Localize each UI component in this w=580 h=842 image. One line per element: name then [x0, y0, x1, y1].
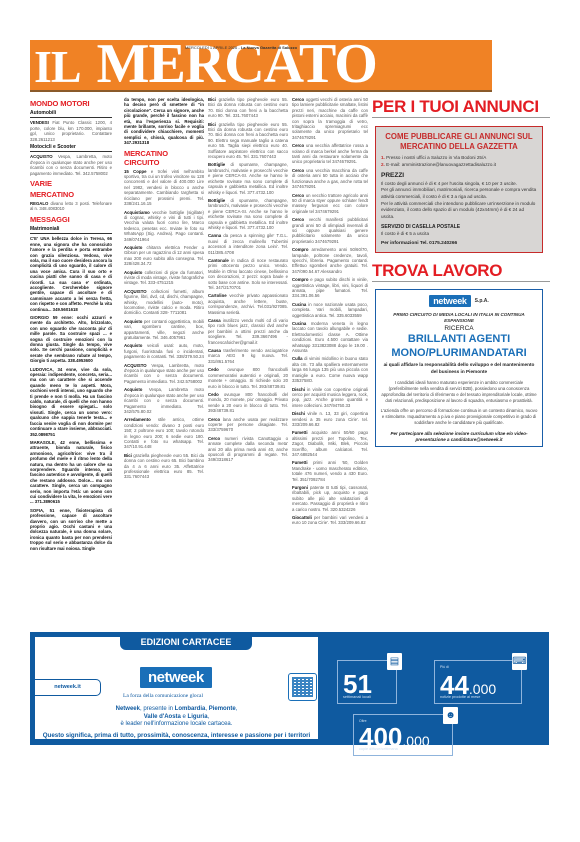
contact-phone: Per informazioni Tel. 0175.240266 [381, 241, 537, 248]
classified-ad: Cerco lana anche usata per realizzare co… [208, 417, 288, 433]
classified-ad: ACQUISTO collezioni fumetti, album figur… [124, 289, 204, 316]
subsection-matrimoniali: Matrimoniali [30, 227, 112, 234]
banner-line-1: Netweek, presente in Lombardia, Piemonte… [35, 706, 318, 714]
classified-ad: REGALO divano letto 3 posti. Telefonare … [30, 201, 112, 212]
casella-price: Il costo è di € 5 a uscita [381, 231, 537, 238]
ad-lead: ACQUISTO [124, 363, 147, 368]
classified-ad: Bottiglie di spumante, champagne, lambru… [208, 162, 288, 194]
classified-ad: MARASOLE, 42 enne, bellissima e attraent… [30, 440, 112, 505]
banner-white-panel: EDIZIONI CARTACEE netweek.it netweek La … [35, 637, 318, 739]
classified-ad: Cassa inutilizzo vendo molti cd di vario… [208, 318, 288, 345]
classified-ad: Bici graziella pieghevole euro 55. Bici … [124, 453, 204, 480]
classified-ad: Cerco oggetti vecchi di osteria anni 50 … [292, 97, 368, 140]
region-text: Liguria [188, 714, 208, 720]
ad-lead: VENDESI [30, 120, 49, 125]
trova-lavoro-heading: TROVA LAVORO [372, 261, 550, 282]
ad-lead: 15 Coppe [124, 169, 147, 174]
how-to-publish-title: COME PUBBLICARE GLI ANNUNCI SUL MERCATIN… [381, 132, 537, 151]
job-offer: L'azienda offre un percorso di formazion… [380, 408, 538, 425]
stat-caption: settimanali locali [343, 695, 371, 699]
ad-lead: Cerco [292, 143, 304, 148]
text-part: e [181, 714, 188, 720]
ad-lead: Dischi [292, 411, 305, 416]
classified-ad: Giocattoli per bambini vari vendesi a eu… [292, 515, 368, 526]
reader-icon: ☻ [443, 707, 458, 724]
ad-lead: Fumetti [292, 460, 308, 465]
classified-ad: Culla di vimini midollino in buono stato… [292, 356, 368, 383]
banner-description: Netweek, presente in Lombardia, Piemonte… [35, 706, 318, 747]
netweek-site-link[interactable]: netweek.it [35, 679, 101, 696]
ad-lead: Cerco [292, 97, 304, 102]
ad-lead: ACQUISTO [124, 289, 147, 294]
ad-lead: Cantonale [208, 258, 229, 263]
job-title-line-1: BRILLANTI AGENTI [380, 333, 538, 346]
ad-lead: MARASOLE, [30, 440, 56, 445]
classified-ad: Bici graziella tipo pieghevole euro 55. … [208, 122, 288, 160]
classified-ad: Acquisto veicoli usati: auto, moto, furg… [124, 343, 204, 359]
ad-lead: Cerco [208, 436, 220, 441]
ad-lead: Acquisto [124, 343, 142, 348]
classified-ad: C'E' UNA bellezza dolce in Teresa, 66 en… [30, 236, 112, 312]
edizioni-cartacee-banner: EDIZIONI CARTACEE netweek.it netweek La … [30, 632, 549, 745]
typewriter-icon: ⌨ [512, 653, 527, 670]
text-part: , [236, 706, 238, 712]
right-column: PER I TUOI ANNUNCI COME PUBBLICARE GLI A… [372, 97, 550, 447]
column-4: Cerco oggetti vecchi di osteria anni 50 … [292, 97, 368, 529]
stat-caption: notizie prodotte al mese [440, 695, 480, 699]
classified-ad: Cerco una vecchia affettatrice rossa a v… [292, 143, 368, 165]
ad-lead: ACQUISTO [30, 154, 53, 159]
edizioni-tab: EDIZIONI CARTACEE [120, 634, 252, 650]
netweek-logo-row: netweek S.p.A. [380, 295, 538, 307]
publish-step: 1. Presso i nostri uffici a Saluzzo in V… [381, 155, 537, 162]
netweek-logo-large: netweek [140, 667, 212, 688]
ad-lead: C'E' [30, 236, 38, 241]
classified-ad: Fumetti acquisto anni 50/60 pago altissi… [292, 430, 368, 457]
classified-ad: Bottiglie di spumante, champagne, lambru… [208, 198, 288, 230]
classified-ad: Bici graziella tipo pieghevole euro 55. … [208, 97, 288, 119]
how-to-publish-box: COME PUBBLICARE GLI ANNUNCI SUL MERCATIN… [375, 126, 543, 253]
job-title-line-2: MONO/PLURIMANDATARI [380, 347, 538, 360]
classified-ad: Acquisto chitarra elettrica Fender o Gib… [124, 245, 204, 267]
classified-ad: Cucina in noce nazionale usata poco, com… [292, 302, 368, 318]
classified-ad: Furgoni patente B tutti tipi, cassonati,… [292, 485, 368, 512]
masthead-il: IL [34, 41, 81, 90]
ad-text: moderna veneta in legno laccato con tavo… [292, 321, 368, 353]
ad-lead: REGALO [30, 201, 48, 206]
stat-copie: Oltre 400.000 copie diffuse/settimana ☻ [353, 714, 453, 756]
classified-ad: Cerco una vecchia macchina da caffe di o… [292, 168, 368, 190]
job-ad-box: netweek S.p.A. PRIMO CIRCUITO DI MEDIA L… [375, 289, 543, 447]
text-part: , [208, 714, 210, 720]
ad-lead: Acquisto [124, 319, 142, 324]
netweek-tagline: La forza della comunicazione glocal [123, 693, 203, 699]
ad-lead: Furgoni [292, 485, 308, 490]
casella-heading: SERVIZIO DI CASELLA POSTALE [381, 224, 537, 231]
ricerca-label: RICERCA [380, 325, 538, 332]
ad-text: ovunque 800 francobolli del mondo, 20 mo… [208, 392, 288, 413]
region-text: Valle d'Aosta [144, 714, 181, 720]
classified-ad: 15 Coppe e trofei vinti nell'ambito spor… [124, 169, 204, 207]
classified-ad: ACQUISTO Vespa, Lambretta, moto d'epoca … [124, 363, 204, 385]
job-apply: Per partecipare alla selezione inviare c… [380, 431, 538, 443]
ad-text: di vimini midollino in buono stato alta … [292, 356, 368, 383]
ad-text: stile antico, ottime condizioni vendo: d… [124, 417, 204, 449]
ad-lead: Bottiglie [208, 198, 225, 203]
circuit-tagline: PRIMO CIRCUITO DI MEDIA LOCALI IN ITALIA… [380, 312, 538, 324]
classified-ad: GIORGIO 59 enne: occhi azzurri e mente d… [30, 315, 112, 364]
classified-ad: Dischi vinile n. 13, 33 giri, copertina … [292, 411, 368, 427]
classified-ad: Fumetti primi anni '60, Golden Mandrake … [292, 460, 368, 482]
ad-lead: Cerco [292, 193, 304, 198]
classified-ad: SOFIA, 51 enne, fisioterapista di profes… [30, 508, 112, 551]
classified-ad: Arredamento stile antico, ottime condizi… [124, 417, 204, 449]
column-3: Bici graziella tipo pieghevole euro 55. … [208, 97, 288, 466]
classified-ad: LUDOVICA, 34 enne, vive da sola, operaia… [30, 367, 112, 437]
ad-lead: Bici [208, 122, 216, 127]
banner-line-3: è leader nell'informazione locale cartac… [35, 721, 318, 729]
classified-ad: Acquisto Vespa, Lambretta moto d'epoca i… [124, 387, 204, 414]
ad-lead: Giocattoli [292, 515, 312, 520]
ad-text: di spumante, champagne, lambruschi, malv… [208, 198, 288, 230]
job-responsibility: ai quali affidare la responsabilità dell… [380, 362, 538, 375]
ad-lead: Culla [292, 356, 303, 361]
classified-ad: Cedo ovunque 800 francobolli del mondo, … [208, 392, 288, 414]
ad-lead: Compro [292, 277, 308, 282]
ad-lead: Arredamento [124, 417, 151, 422]
ad-lead: Causa [208, 348, 221, 353]
job-candidates: I candidati ideali hanno maturato esperi… [380, 380, 538, 403]
ad-text: graziella pieghevole euro 55. Bici da do… [124, 453, 204, 480]
section-varie: VARIE [30, 179, 112, 188]
ad-lead: Cerco [208, 417, 220, 422]
banner-line-2: Valle d'Aosta e Liguria, [35, 714, 318, 722]
ad-lead: Cerco [292, 168, 304, 173]
ad-lead: Dischi [292, 387, 305, 392]
ad-text: un vecchio trattore agricolo anni 50 di … [292, 193, 368, 214]
ad-text: 59 enne: occhi azzurri e mente da archit… [30, 315, 112, 363]
ad-lead: LUDOVICA, [30, 367, 54, 372]
classified-ad: Acquisto collezioni di pipe da fumatori,… [124, 270, 204, 286]
ad-text: graziella tipo pieghevole euro 55. Bici … [208, 122, 288, 159]
column-1: MONDO MOTORI Automobili VENDESI Fiat Pun… [30, 97, 112, 554]
classified-ad: Compro e pago subito dischi in vinile, o… [292, 277, 368, 299]
section-mercatino-circuito: MERCATINO CIRCUITO [124, 149, 204, 167]
classified-ad: Cerco un vecchio trattore agricolo anni … [292, 193, 368, 215]
ad-text: UNA bellezza dolce in Teresa, 66 enne, u… [30, 236, 112, 311]
ad-text: graziella tipo pieghevole euro 55. Bici … [208, 97, 288, 118]
qr-pattern [292, 677, 313, 697]
ad-lead: Cedo [208, 367, 219, 372]
classified-ad: Cerco numeri rivista Canottaggio o annat… [208, 436, 288, 463]
classified-ad: Acquisto per contanti oggettistica, mobi… [124, 319, 204, 341]
ad-text: e trofei vinti nell'ambito sportivo, tra… [124, 169, 204, 206]
classified-ad: Dischi in vinile con copertine originali… [292, 387, 368, 409]
subsection-moto: Motocicli e Scooter [30, 145, 112, 152]
ad-lead: Acquistiamo [124, 210, 150, 215]
ad-lead: Cedo [208, 392, 219, 397]
ad-lead: Fumetti [292, 430, 308, 435]
masthead-dateline: MERCOLEDÌ 1 APRILE 2026 - La Nuova Gazze… [185, 45, 297, 50]
classified-ad: Cucina moderna veneta in legno laccato c… [292, 321, 368, 353]
publish-step: 2. E-mail: amministrazione@lanuovagazzet… [381, 162, 537, 169]
brand-text: Netweek [116, 706, 140, 712]
section-mondo-motori: MONDO MOTORI [30, 99, 112, 108]
ad-text: numeri rivista Canottaggio o annate comp… [208, 436, 288, 463]
ad-lead: Bici [124, 453, 132, 458]
price-line: Per le attività commerciali che intendon… [381, 201, 537, 221]
ad-text: una vecchia macchina da caffe di osteria… [292, 168, 368, 189]
stat-caption: copie diffuse/settimana [359, 747, 398, 751]
classified-ad: Acquistiamo vecchie bottiglie (sigillate… [124, 210, 204, 242]
ad-lead: Cucina [292, 321, 306, 326]
issue-date: MERCOLEDÌ 1 APRILE 2026 - [185, 45, 240, 50]
ad-text: 51 enne, fisioterapista di professione, … [30, 508, 112, 551]
ad-lead: Cartoline [208, 293, 227, 298]
ad-text: in radica di noce restaurato primi ottoc… [208, 258, 288, 290]
region-text: Piemonte [209, 706, 236, 712]
company-suffix: S.p.A. [475, 298, 489, 304]
section-mercatino: MERCATINO [30, 190, 112, 199]
ad-lead: Acquisto [124, 245, 142, 250]
stat-prefix: Più di [440, 665, 449, 669]
ad-lead: SOFIA, [30, 508, 44, 513]
newspaper-icon: ▤ [387, 653, 402, 670]
classified-ad: VENDESI Fiat Punto Classic 1200, 4 porte… [30, 120, 112, 142]
netweek-logo: netweek [429, 295, 470, 307]
ad-lead: Acquisto [124, 270, 142, 275]
ad-lead: GIORGIO [30, 315, 49, 320]
email-link[interactable]: E-mail: amministrazione@lanuovagazzettad… [386, 162, 496, 167]
classified-ad: Cerco vecchi manifesti pubblicitari gran… [292, 217, 368, 244]
ad-lead: Acquisto [124, 387, 142, 392]
ad-lead: Bottiglie [208, 162, 225, 167]
ad-text: lana anche usata per realizzare coperte … [208, 417, 288, 433]
ad-lead: Cucina [292, 302, 306, 307]
classified-ad: Cantonale in radica di noce restaurato p… [208, 258, 288, 290]
step-number: 1. [381, 155, 385, 160]
ad-text: 42 enne, bellissima e attraente, bionda … [30, 440, 112, 504]
step-number: 2. [381, 162, 385, 167]
section-messaggi: MESSAGGI [30, 215, 112, 224]
ad-text: di spumante, champagne, lambruschi, malv… [208, 162, 288, 194]
text-part: , presente in [140, 706, 175, 712]
classified-ad: Compro arredamento anni 50/60/70, lampad… [292, 247, 368, 274]
region-text: Lombardia [175, 706, 206, 712]
ad-text: una vecchia affettatrice rossa a volano … [292, 143, 368, 164]
classified-ad: Cartoline vecchie privato appassionato a… [208, 293, 288, 315]
ad-text: vecchi manifesti pubblicitari grandi ann… [292, 217, 368, 244]
column-2: da tempo, non per scelta ideologica, ha … [124, 97, 204, 483]
stat-notizie: Più di 44.000 notizie prodotte al mese ⌨ [434, 660, 522, 704]
ad-lead: Cassa [208, 318, 221, 323]
annunci-heading: PER I TUOI ANNUNCI [372, 97, 550, 118]
stat-settimanali: 51 settimanali locali ▤ [337, 660, 397, 704]
masthead: ILMERCATO MERCOLEDÌ 1 APRILE 2026 - La N… [30, 40, 492, 90]
classified-ad: Causa trasferimento vendo asciugatrice m… [208, 348, 288, 364]
subsection-automobili: Automobili [30, 111, 112, 118]
classified-ad: Cedo ovunque 800 francobolli commemorati… [208, 367, 288, 389]
ad-lead: Cerco [292, 217, 304, 222]
stat-suffix: .000 [402, 733, 429, 749]
masthead-rule [30, 90, 492, 92]
paper-name: La Nuova Gazzetta di Saluzzo [241, 45, 297, 50]
step-text: Presso i nostri uffici a Saluzzo in Via … [386, 155, 486, 160]
banner-line-4: Questo significa, prima di tutto, prossi… [35, 732, 318, 747]
classified-ad: Canna da pesca a spinning gile' T.G.L. n… [208, 233, 288, 255]
classified-ad: ACQUISTO Vespa, Lambretta, moto d'epoca … [30, 154, 112, 176]
price-line: Per gli annunci immobiliari, matrimonial… [381, 187, 537, 200]
ad-text: oggetti vecchi di osteria anni 50 tipo l… [292, 97, 368, 140]
classified-ad-continued: da tempo, non per scelta ideologica, ha … [124, 97, 204, 146]
prezzi-heading: PREZZI [381, 173, 537, 180]
ad-lead: Canna [208, 233, 221, 238]
ad-lead: Bici [208, 97, 216, 102]
ad-lead: Compro [292, 247, 308, 252]
ad-text: 34 enne, vive da sola, operaia: indipend… [30, 367, 112, 437]
qr-code-icon[interactable] [288, 673, 317, 701]
ad-text: ovunque 800 francobolli commemorativi au… [208, 367, 288, 388]
stat-number: 51 [343, 671, 372, 697]
ad-text: vecchie bottiglie (sigillate) di cognac,… [124, 210, 204, 242]
price-line: Il costo degli annunci è di € 4 per l'us… [381, 181, 537, 188]
